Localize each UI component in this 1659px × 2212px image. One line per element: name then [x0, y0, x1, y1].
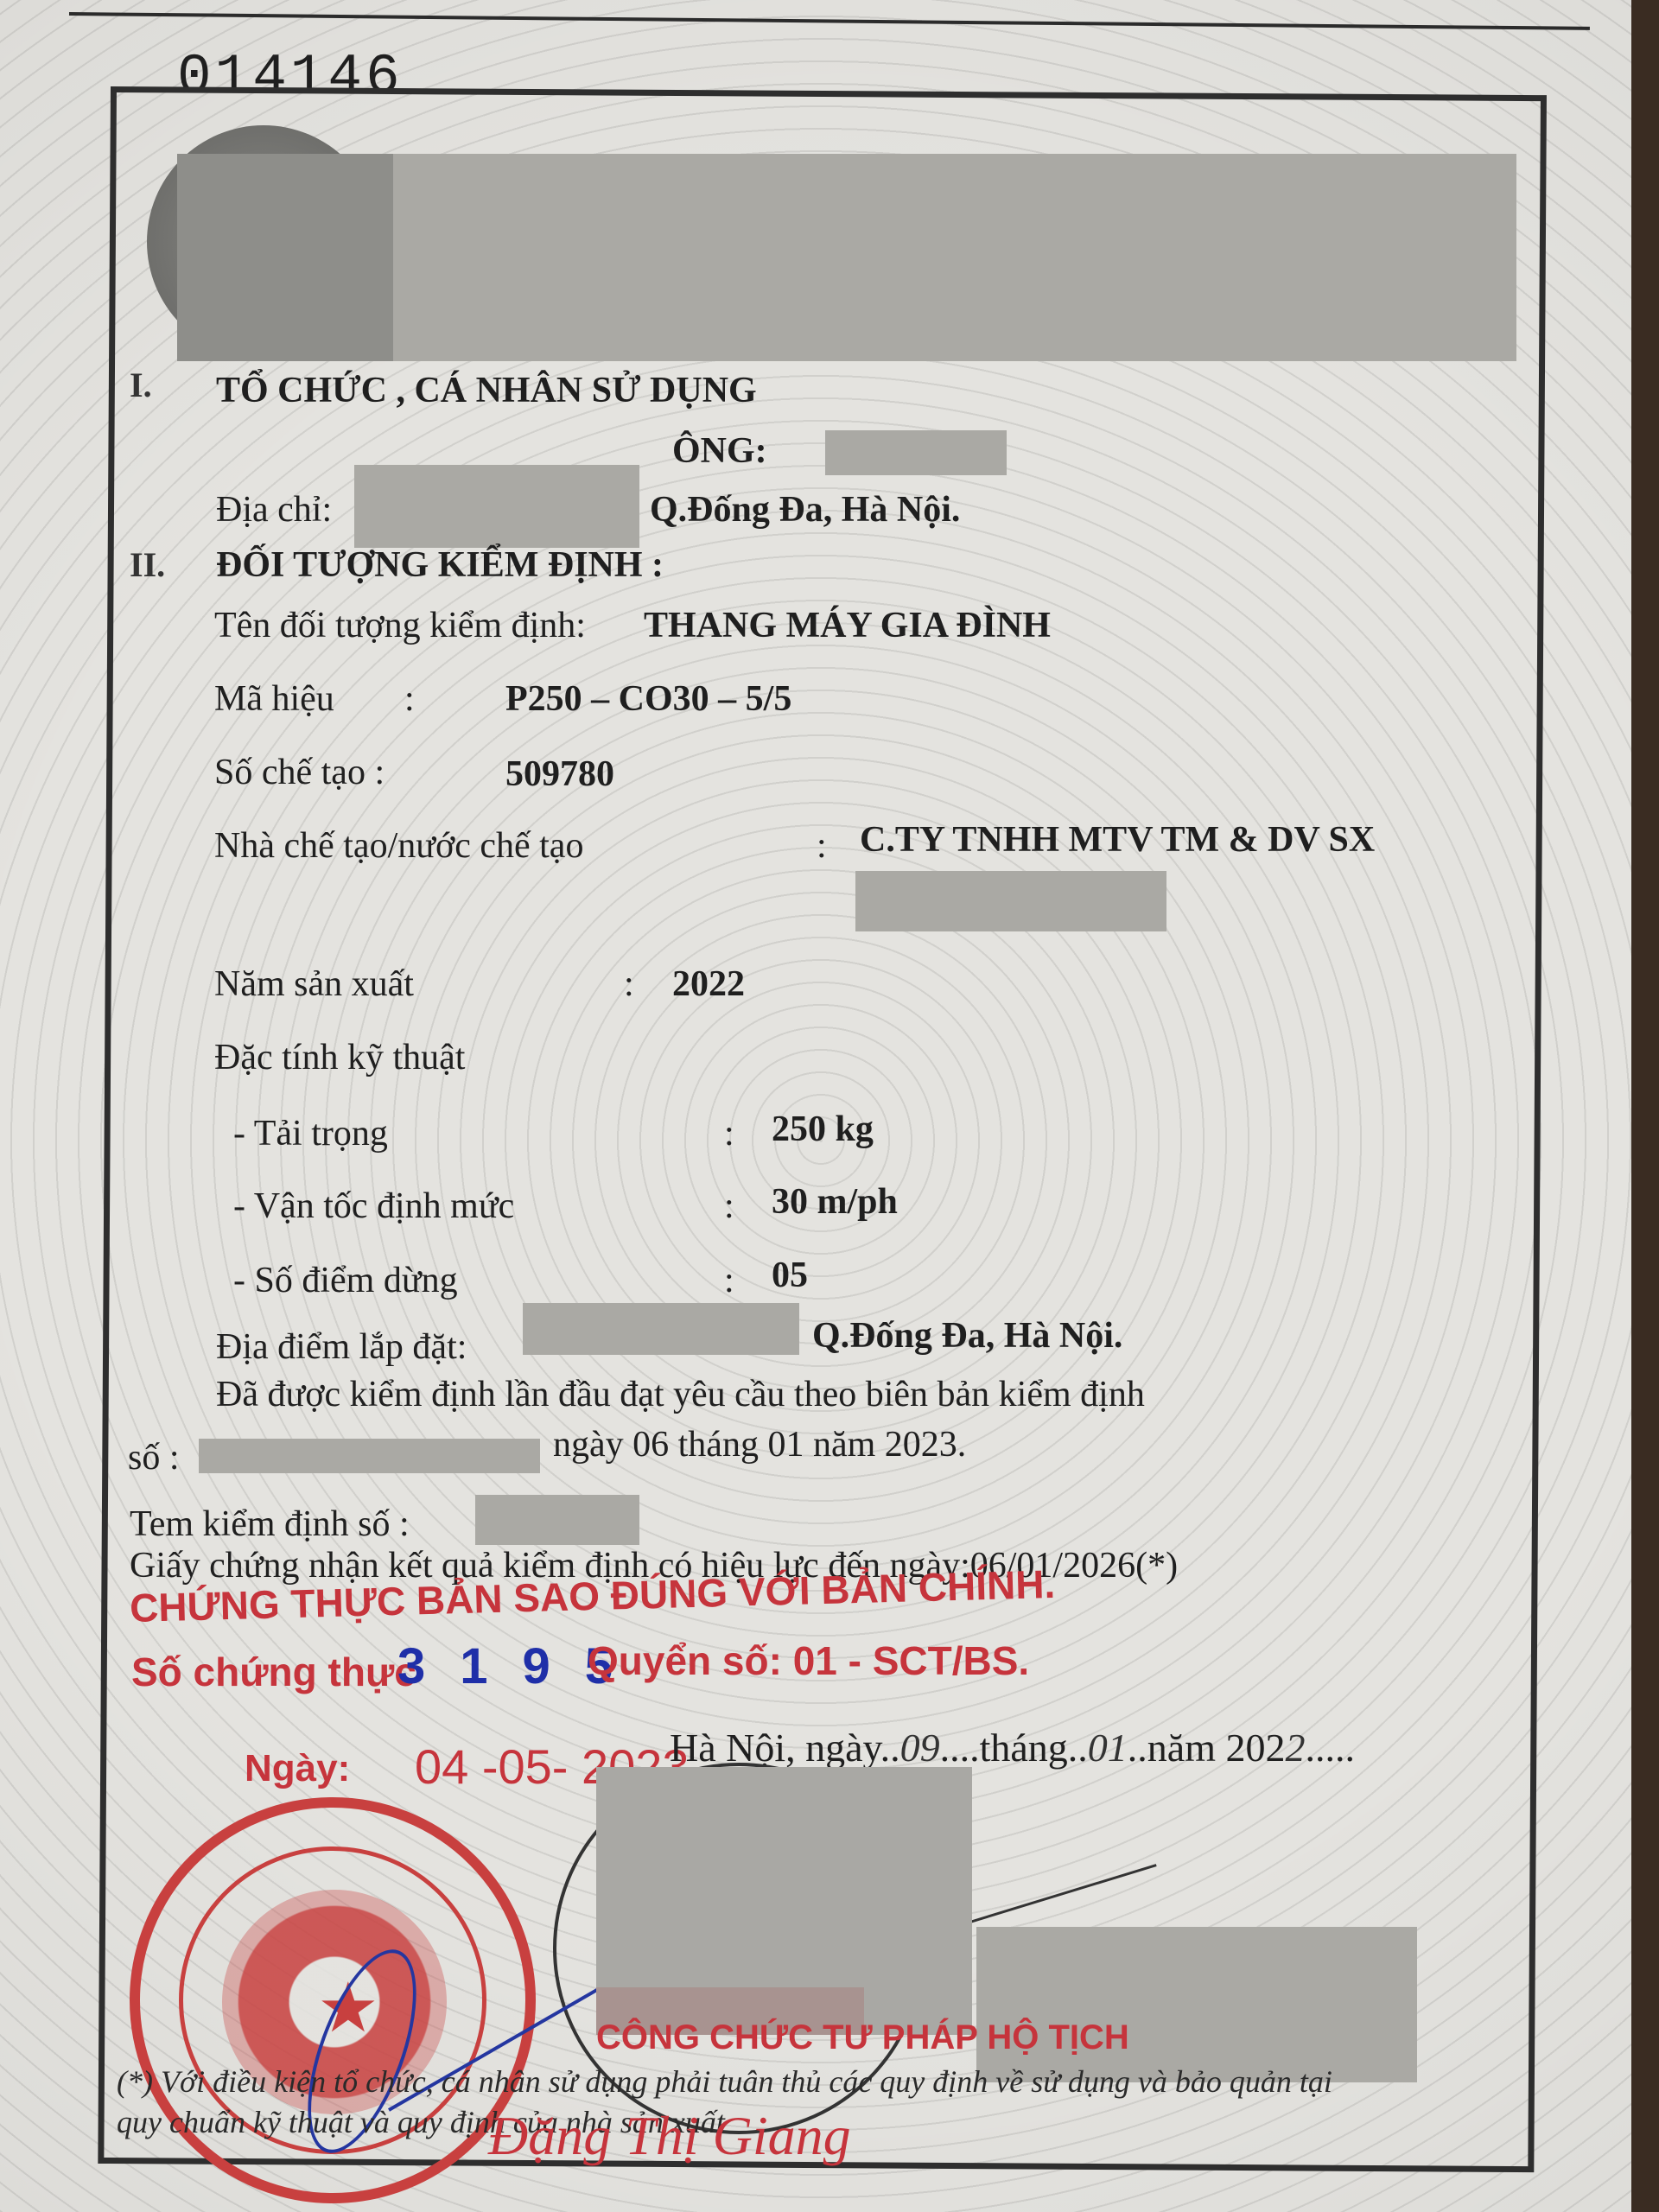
year-value: 2022	[672, 963, 745, 1005]
specs-label: Đặc tính kỹ thuật	[214, 1037, 465, 1078]
spec-stops-value: 05	[772, 1255, 808, 1296]
top-rule	[69, 12, 1590, 30]
section-2-numeral: II.	[130, 544, 165, 585]
redacted-report-number	[199, 1439, 540, 1473]
signing-year-prefix: ..năm 202	[1128, 1726, 1286, 1770]
official-title: CÔNG CHỨC TƯ PHÁP HỘ TỊCH	[596, 2018, 1129, 2057]
spec-stops-colon: :	[724, 1260, 734, 1301]
redacted-install-location	[523, 1303, 799, 1355]
spec-speed-colon: :	[724, 1185, 734, 1227]
spec-stops-label: - Số điểm dừng	[233, 1260, 458, 1301]
object-name-value: THANG MÁY GIA ĐÌNH	[644, 605, 1051, 646]
manufacturer-value: C.TY TNHH MTV TM & DV SX	[860, 819, 1375, 861]
footnote-line-1: (*) Với điều kiện tổ chức, cá nhân sử dụ…	[117, 2063, 1332, 2100]
redacted-address	[354, 465, 639, 548]
redacted-manufacturer-line	[855, 871, 1166, 931]
section-1-heading: TỔ CHỨC , CÁ NHÂN SỬ DỤNG	[216, 370, 757, 411]
redacted-owner-name	[825, 430, 1007, 475]
spec-load-value: 250 kg	[772, 1109, 874, 1150]
install-location-label: Địa điểm lắp đặt:	[216, 1326, 467, 1368]
serial-value: 509780	[505, 753, 614, 795]
signing-trailing: .....	[1305, 1726, 1355, 1770]
model-value: P250 – CO30 – 5/5	[505, 678, 791, 720]
redacted-header-text	[393, 154, 1516, 361]
install-location-suffix: Q.Đống Đa, Hà Nội.	[812, 1315, 1122, 1357]
spec-load-colon: :	[724, 1113, 734, 1154]
address-label: Địa chỉ:	[216, 489, 332, 531]
redacted-stamp-number	[475, 1495, 639, 1545]
model-colon: :	[404, 678, 415, 720]
address-suffix: Q.Đống Đa, Hà Nội.	[650, 489, 960, 531]
manufacturer-colon: :	[817, 825, 827, 867]
signing-month-prefix: ....tháng..	[940, 1726, 1088, 1770]
report-date: ngày 06 tháng 01 năm 2023.	[553, 1424, 966, 1465]
manufacturer-label: Nhà chế tạo/nước chế tạo	[214, 825, 583, 867]
signing-year-suffix: 2	[1285, 1726, 1305, 1770]
report-number-label: số :	[128, 1437, 180, 1478]
signing-prefix: Hà Nội, ngày..	[670, 1726, 900, 1770]
redacted-signer-name	[976, 1927, 1417, 2082]
signing-place-date: Hà Nội, ngày..09....tháng..01..năm 2022.…	[670, 1725, 1355, 1770]
model-label: Mã hiệu	[214, 678, 334, 720]
spec-speed-label: - Vận tốc định mức	[233, 1185, 514, 1227]
serial-label: Số chế tạo :	[214, 752, 385, 793]
object-name-label: Tên đối tượng kiểm định:	[214, 605, 586, 646]
owner-label: ÔNG:	[672, 430, 767, 472]
cert-number-label: Số chứng thực	[131, 1649, 416, 1695]
signing-month: 01	[1088, 1726, 1128, 1770]
inspection-statement: Đã được kiểm định lần đầu đạt yêu cầu th…	[216, 1374, 1145, 1415]
spec-load-label: - Tải trọng	[233, 1113, 388, 1154]
stamp-label: Tem kiểm định số :	[130, 1503, 410, 1545]
certificate-page: 014146 I. TỔ CHỨC , CÁ NHÂN SỬ DỤNG ÔNG:…	[0, 0, 1631, 2212]
section-1-numeral: I.	[130, 365, 152, 405]
official-name-signature: Đặng Thị Giang	[488, 2104, 851, 2168]
cert-date-label: Ngày:	[245, 1747, 350, 1790]
spec-speed-value: 30 m/ph	[772, 1181, 898, 1223]
year-colon: :	[624, 963, 634, 1005]
book-number: Quyển số: 01 - SCT/BS.	[588, 1637, 1029, 1684]
section-2-heading: ĐỐI TƯỢNG KIỂM ĐỊNH :	[216, 544, 664, 586]
redacted-header-block	[177, 154, 393, 361]
signing-day: 09	[900, 1726, 940, 1770]
year-label: Năm sản xuất	[214, 963, 414, 1005]
